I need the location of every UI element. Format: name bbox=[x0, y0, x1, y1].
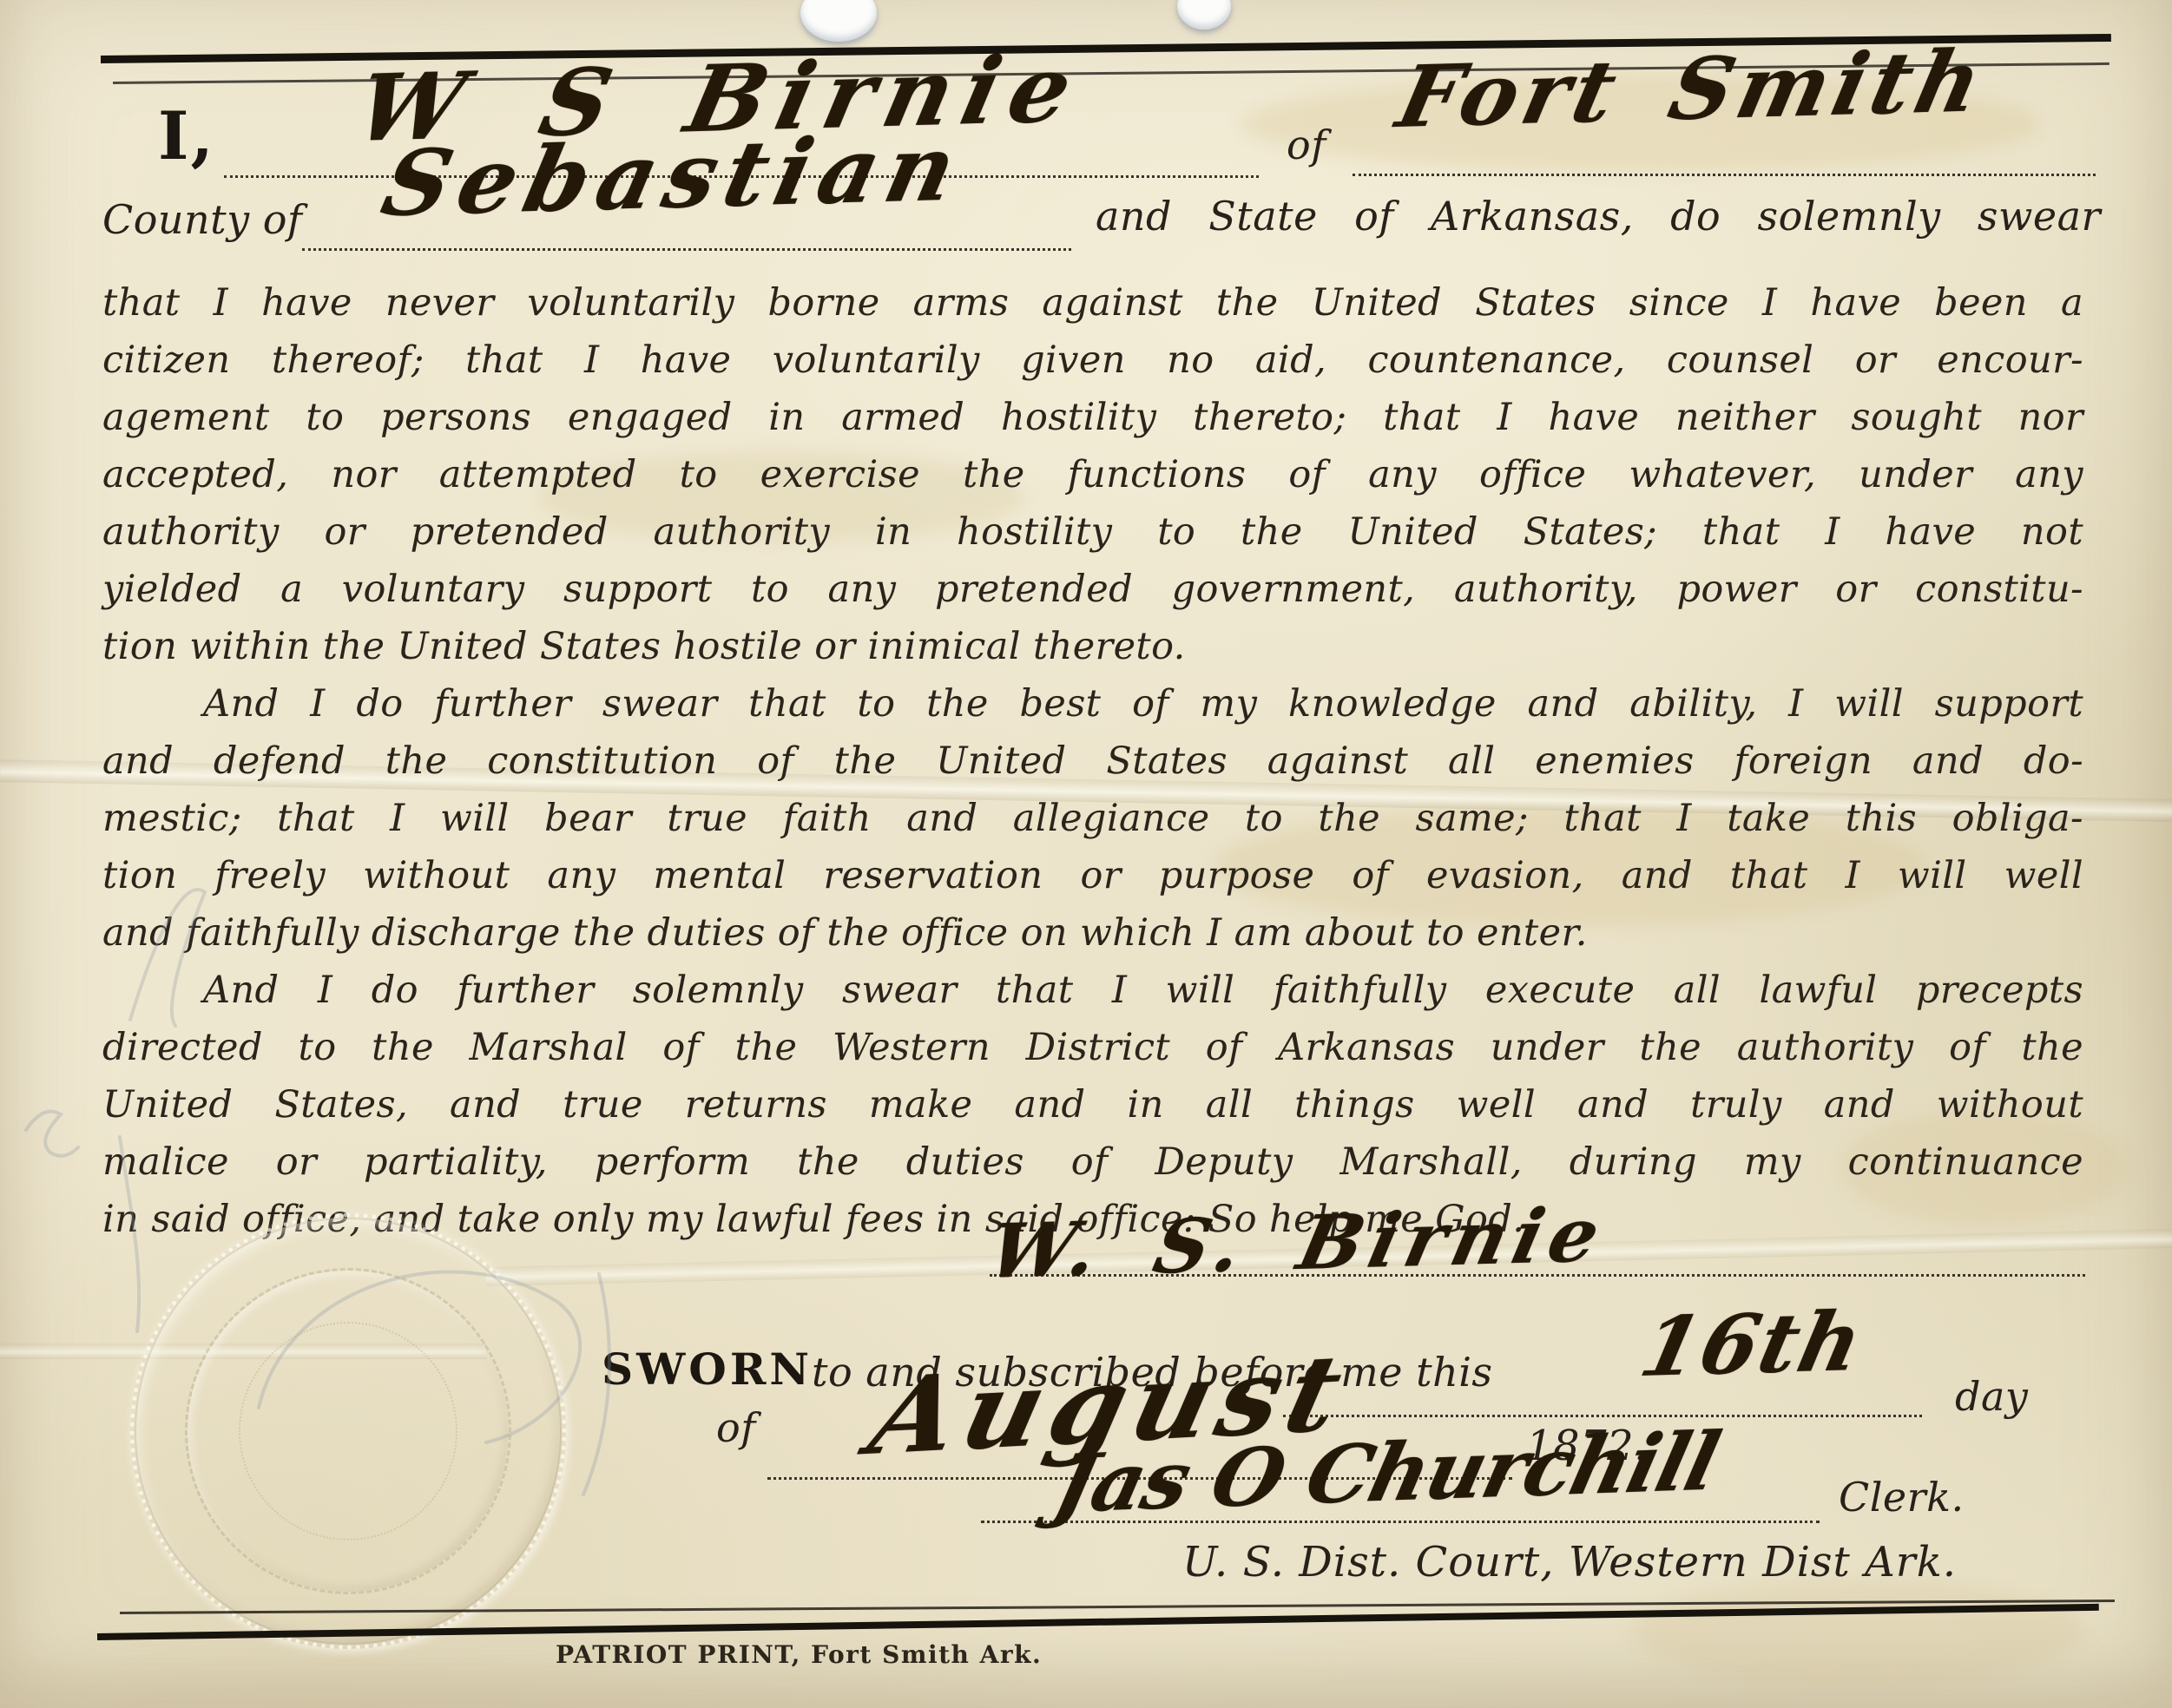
oath-document-page: I, W S Birnie of Fort Smith County of Se… bbox=[0, 0, 2172, 1708]
day-fill-line bbox=[1283, 1415, 1922, 1417]
oath-body-line: authority or pretended authority in host… bbox=[102, 503, 2083, 561]
paper-stain bbox=[1632, 1580, 2083, 1684]
sworn-label: SWORN bbox=[602, 1343, 813, 1395]
oath-body-line: tion freely without any mental reservati… bbox=[102, 847, 2083, 904]
oath-body-line: accepted, nor attempted to exercise the … bbox=[102, 446, 2083, 503]
printed-of-month-label: of bbox=[716, 1404, 756, 1451]
oath-body-line: tion within the United States hostile or… bbox=[102, 618, 2083, 675]
oath-body-line: and faithfully discharge the duties of t… bbox=[102, 904, 2083, 962]
oath-body-line: malice or partiality, perform the duties… bbox=[102, 1133, 2083, 1191]
oath-body-line: And I do further solemnly swear that I w… bbox=[102, 962, 2083, 1019]
printed-county-label: County of bbox=[102, 196, 302, 243]
oath-body-line: citizen thereof; that I have voluntarily… bbox=[102, 332, 2083, 389]
oath-body-line: mestic; that I will bear true faith and … bbox=[102, 790, 2083, 847]
oath-body-line: that I have never voluntarily borne arms… bbox=[102, 274, 2083, 332]
handwritten-county: Sebastian bbox=[373, 115, 974, 237]
oath-body-line: agement to persons engaged in armed host… bbox=[102, 389, 2083, 446]
printed-of-label: of bbox=[1287, 122, 1326, 168]
seal-center-ring bbox=[239, 1322, 457, 1540]
oath-body-line: yielded a voluntary support to any prete… bbox=[102, 561, 2083, 618]
punch-hole bbox=[800, 0, 877, 42]
oath-body-line: and defend the constitution of the Unite… bbox=[102, 732, 2083, 790]
oath-body-line: United States, and true returns make and… bbox=[102, 1076, 2083, 1133]
handwritten-place: Fort Smith bbox=[1389, 31, 1996, 148]
embossed-court-seal bbox=[130, 1213, 566, 1649]
handwritten-signature: W. S. Birnie bbox=[981, 1191, 1615, 1296]
printed-clerk-label: Clerk. bbox=[1839, 1474, 1965, 1521]
oath-body-line: And I do further swear that to the best … bbox=[102, 675, 2083, 732]
handwritten-day: 16th bbox=[1632, 1294, 1873, 1396]
oath-body-line: directed to the Marshal of the Western D… bbox=[102, 1019, 2083, 1076]
printed-i-label: I, bbox=[158, 97, 215, 174]
printed-court-label: U. S. Dist. Court, Western Dist Ark. bbox=[1182, 1538, 1957, 1586]
printed-state-clause: and State of Arkansas, do solemnly swear bbox=[1096, 193, 2101, 240]
printed-day-label: day bbox=[1955, 1373, 2028, 1420]
punch-hole bbox=[1177, 0, 1231, 30]
place-fill-line bbox=[1353, 174, 2096, 176]
county-fill-line bbox=[302, 248, 1071, 251]
printer-imprint: PATRIOT PRINT, Fort Smith Ark. bbox=[556, 1640, 1042, 1669]
oath-body: that I have never voluntarily borne arms… bbox=[102, 274, 2083, 1248]
